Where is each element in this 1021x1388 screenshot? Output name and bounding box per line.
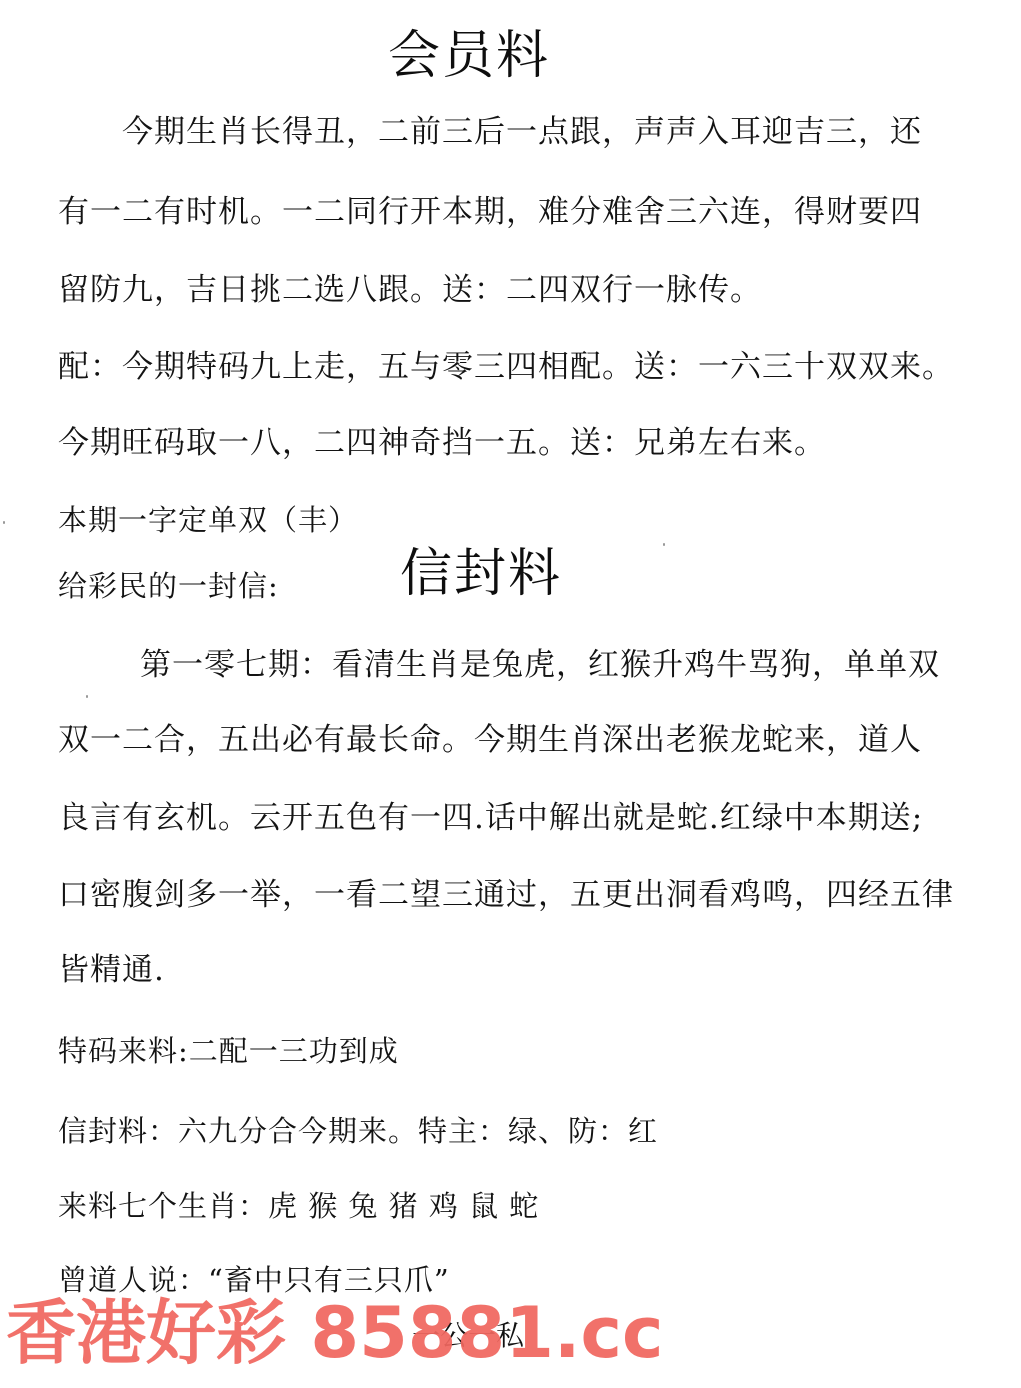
letter-paragraph-line-1: 第一零七期：看清生肖是兔虎，红猴升鸡牛骂狗，单单双 [140, 650, 940, 681]
document-page: 会员料 今期生肖长得丑，二前三后一点跟，声声入耳迎吉三，还 有一二有时机。一二同… [0, 0, 1021, 1388]
odd-even-line: 本期一字定单双（丰） [58, 506, 358, 535]
member-paragraph-line-2: 有一二有时机。一二同行开本期，难分难舍三六连，得财要四 [58, 197, 922, 228]
taoist-quote-line: 曾道人说：“畜中只有三只爪” [58, 1266, 450, 1295]
letter-paragraph-line-2: 双一二合，五出必有最长命。今期生肖深出老猴龙蛇来，道人 [58, 725, 922, 756]
hot-numbers-line: 今期旺码取一八，二四神奇挡一五。送：兄弟左右来。 [58, 428, 826, 459]
scan-speck [86, 695, 88, 698]
pairing-line: 配：今期特码九上走，五与零三四相配。送：一六三十双双来。 [58, 352, 954, 383]
special-code-line: 特码来料:二配一三功到成 [58, 1037, 399, 1066]
letter-section-title: 信封料 [400, 548, 562, 600]
scan-speck [663, 543, 665, 546]
watermark: 香港好彩 85881.cc [6, 1298, 663, 1368]
letter-paragraph-line-5: 皆精通. [58, 955, 165, 986]
scan-speck [3, 521, 5, 524]
member-section-title: 会员料 [388, 30, 550, 82]
envelope-line: 信封料：六九分合今期来。特主：绿、防：红 [58, 1117, 658, 1146]
member-paragraph-line-3: 留防九，吉日挑二选八跟。送：二四双行一脉传。 [58, 275, 762, 306]
member-paragraph-line-1: 今期生肖长得丑，二前三后一点跟，声声入耳迎吉三，还 [122, 117, 922, 148]
letter-intro-label: 给彩民的一封信: [58, 572, 279, 601]
letter-paragraph-line-4: 口密腹剑多一举，一看二望三通过，五更出洞看鸡鸣，四经五律 [58, 880, 954, 911]
letter-paragraph-line-3: 良言有玄机。云开五色有一四.话中解出就是蛇.红绿中本期送; [58, 803, 923, 834]
zodiac-line: 来料七个生肖：虎 猴 兔 猪 鸡 鼠 蛇 [58, 1192, 539, 1221]
